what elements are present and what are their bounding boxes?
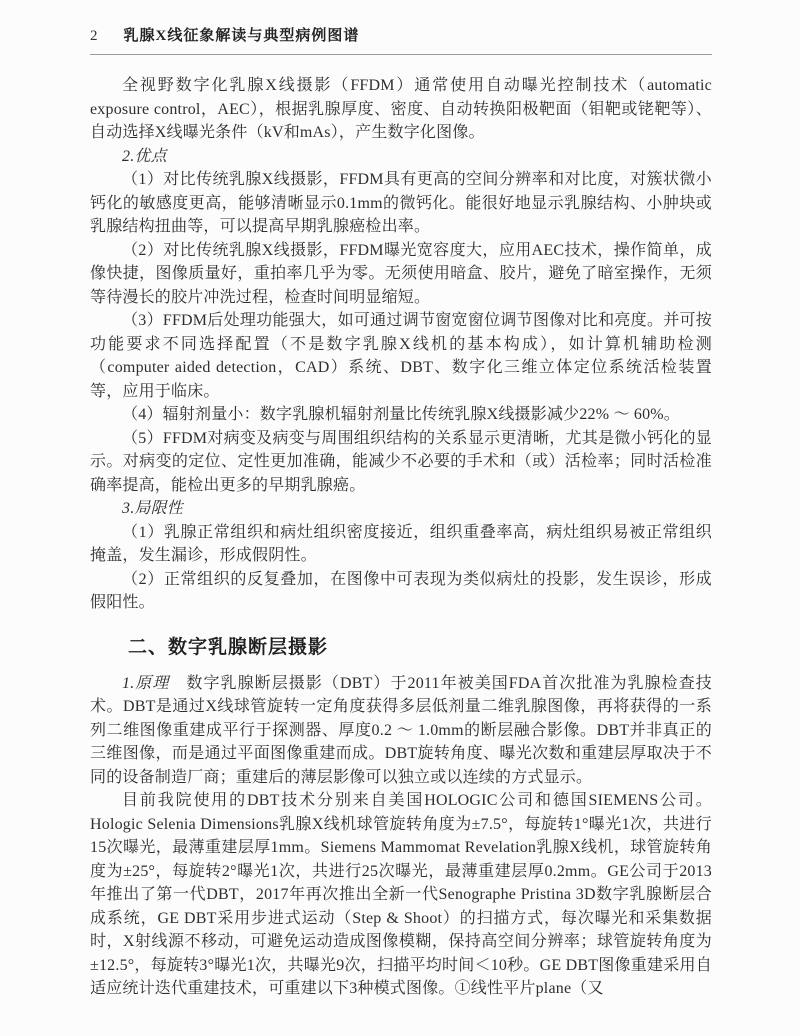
paragraph-body-principle: 数字乳腺断层摄影（DBT）于2011年被美国FDA首次批准为乳腺检查技术。DBT…: [90, 675, 712, 786]
paragraph-advantage-5: （5）FFDM对病变及病变与周围组织结构的关系显示更清晰，尤其是微小钙化的显示。…: [90, 427, 712, 498]
paragraph-dbt-vendors: 目前我院使用的DBT技术分别来自美国HOLOGIC公司和德国SIEMENS公司。…: [90, 789, 712, 1001]
paragraph-limitation-2: （2）正常组织的反复叠加，在图像中可表现为类似病灶的投影，发生误诊，形成假阳性。: [90, 568, 712, 615]
subheading-advantages: 2.优点: [90, 145, 712, 169]
page-content: 全视野数字化乳腺X线摄影（FFDM）通常使用自动曝光控制技术（automatic…: [90, 74, 712, 1001]
paragraph-dbt-principle: 1.原理 数字乳腺断层摄影（DBT）于2011年被美国FDA首次批准为乳腺检查技…: [90, 672, 712, 790]
paragraph-limitation-1: （1）乳腺正常组织和病灶组织密度接近，组织重叠率高，病灶组织易被正常组织掩盖，发…: [90, 521, 712, 568]
paragraph-advantage-4: （4）辐射剂量小：数字乳腺机辐射剂量比传统乳腺X线摄影减少22% ～ 60%。: [90, 403, 712, 427]
page-number: 2: [90, 28, 98, 45]
page-header: 2 乳腺X线征象解读与典型病例图谱: [90, 24, 712, 55]
paragraph-ffdm-intro: 全视野数字化乳腺X线摄影（FFDM）通常使用自动曝光控制技术（automatic…: [90, 74, 712, 145]
book-page: 2 乳腺X线征象解读与典型病例图谱 全视野数字化乳腺X线摄影（FFDM）通常使用…: [0, 0, 800, 1036]
paragraph-lead-principle: 1.原理: [122, 675, 169, 692]
running-title: 乳腺X线征象解读与典型病例图谱: [124, 24, 360, 45]
section-heading-dbt: 二、数字乳腺断层摄影: [90, 632, 712, 659]
subheading-limitations: 3.局限性: [90, 497, 712, 521]
paragraph-advantage-1: （1）对比传统乳腺X线摄影，FFDM具有更高的空间分辨率和对比度，对簇状微小钙化…: [90, 168, 712, 239]
paragraph-advantage-3: （3）FFDM后处理功能强大，如可通过调节窗宽窗位调节图像对比和亮度。并可按功能…: [90, 309, 712, 403]
paragraph-advantage-2: （2）对比传统乳腺X线摄影，FFDM曝光宽容度大，应用AEC技术，操作简单，成像…: [90, 239, 712, 310]
